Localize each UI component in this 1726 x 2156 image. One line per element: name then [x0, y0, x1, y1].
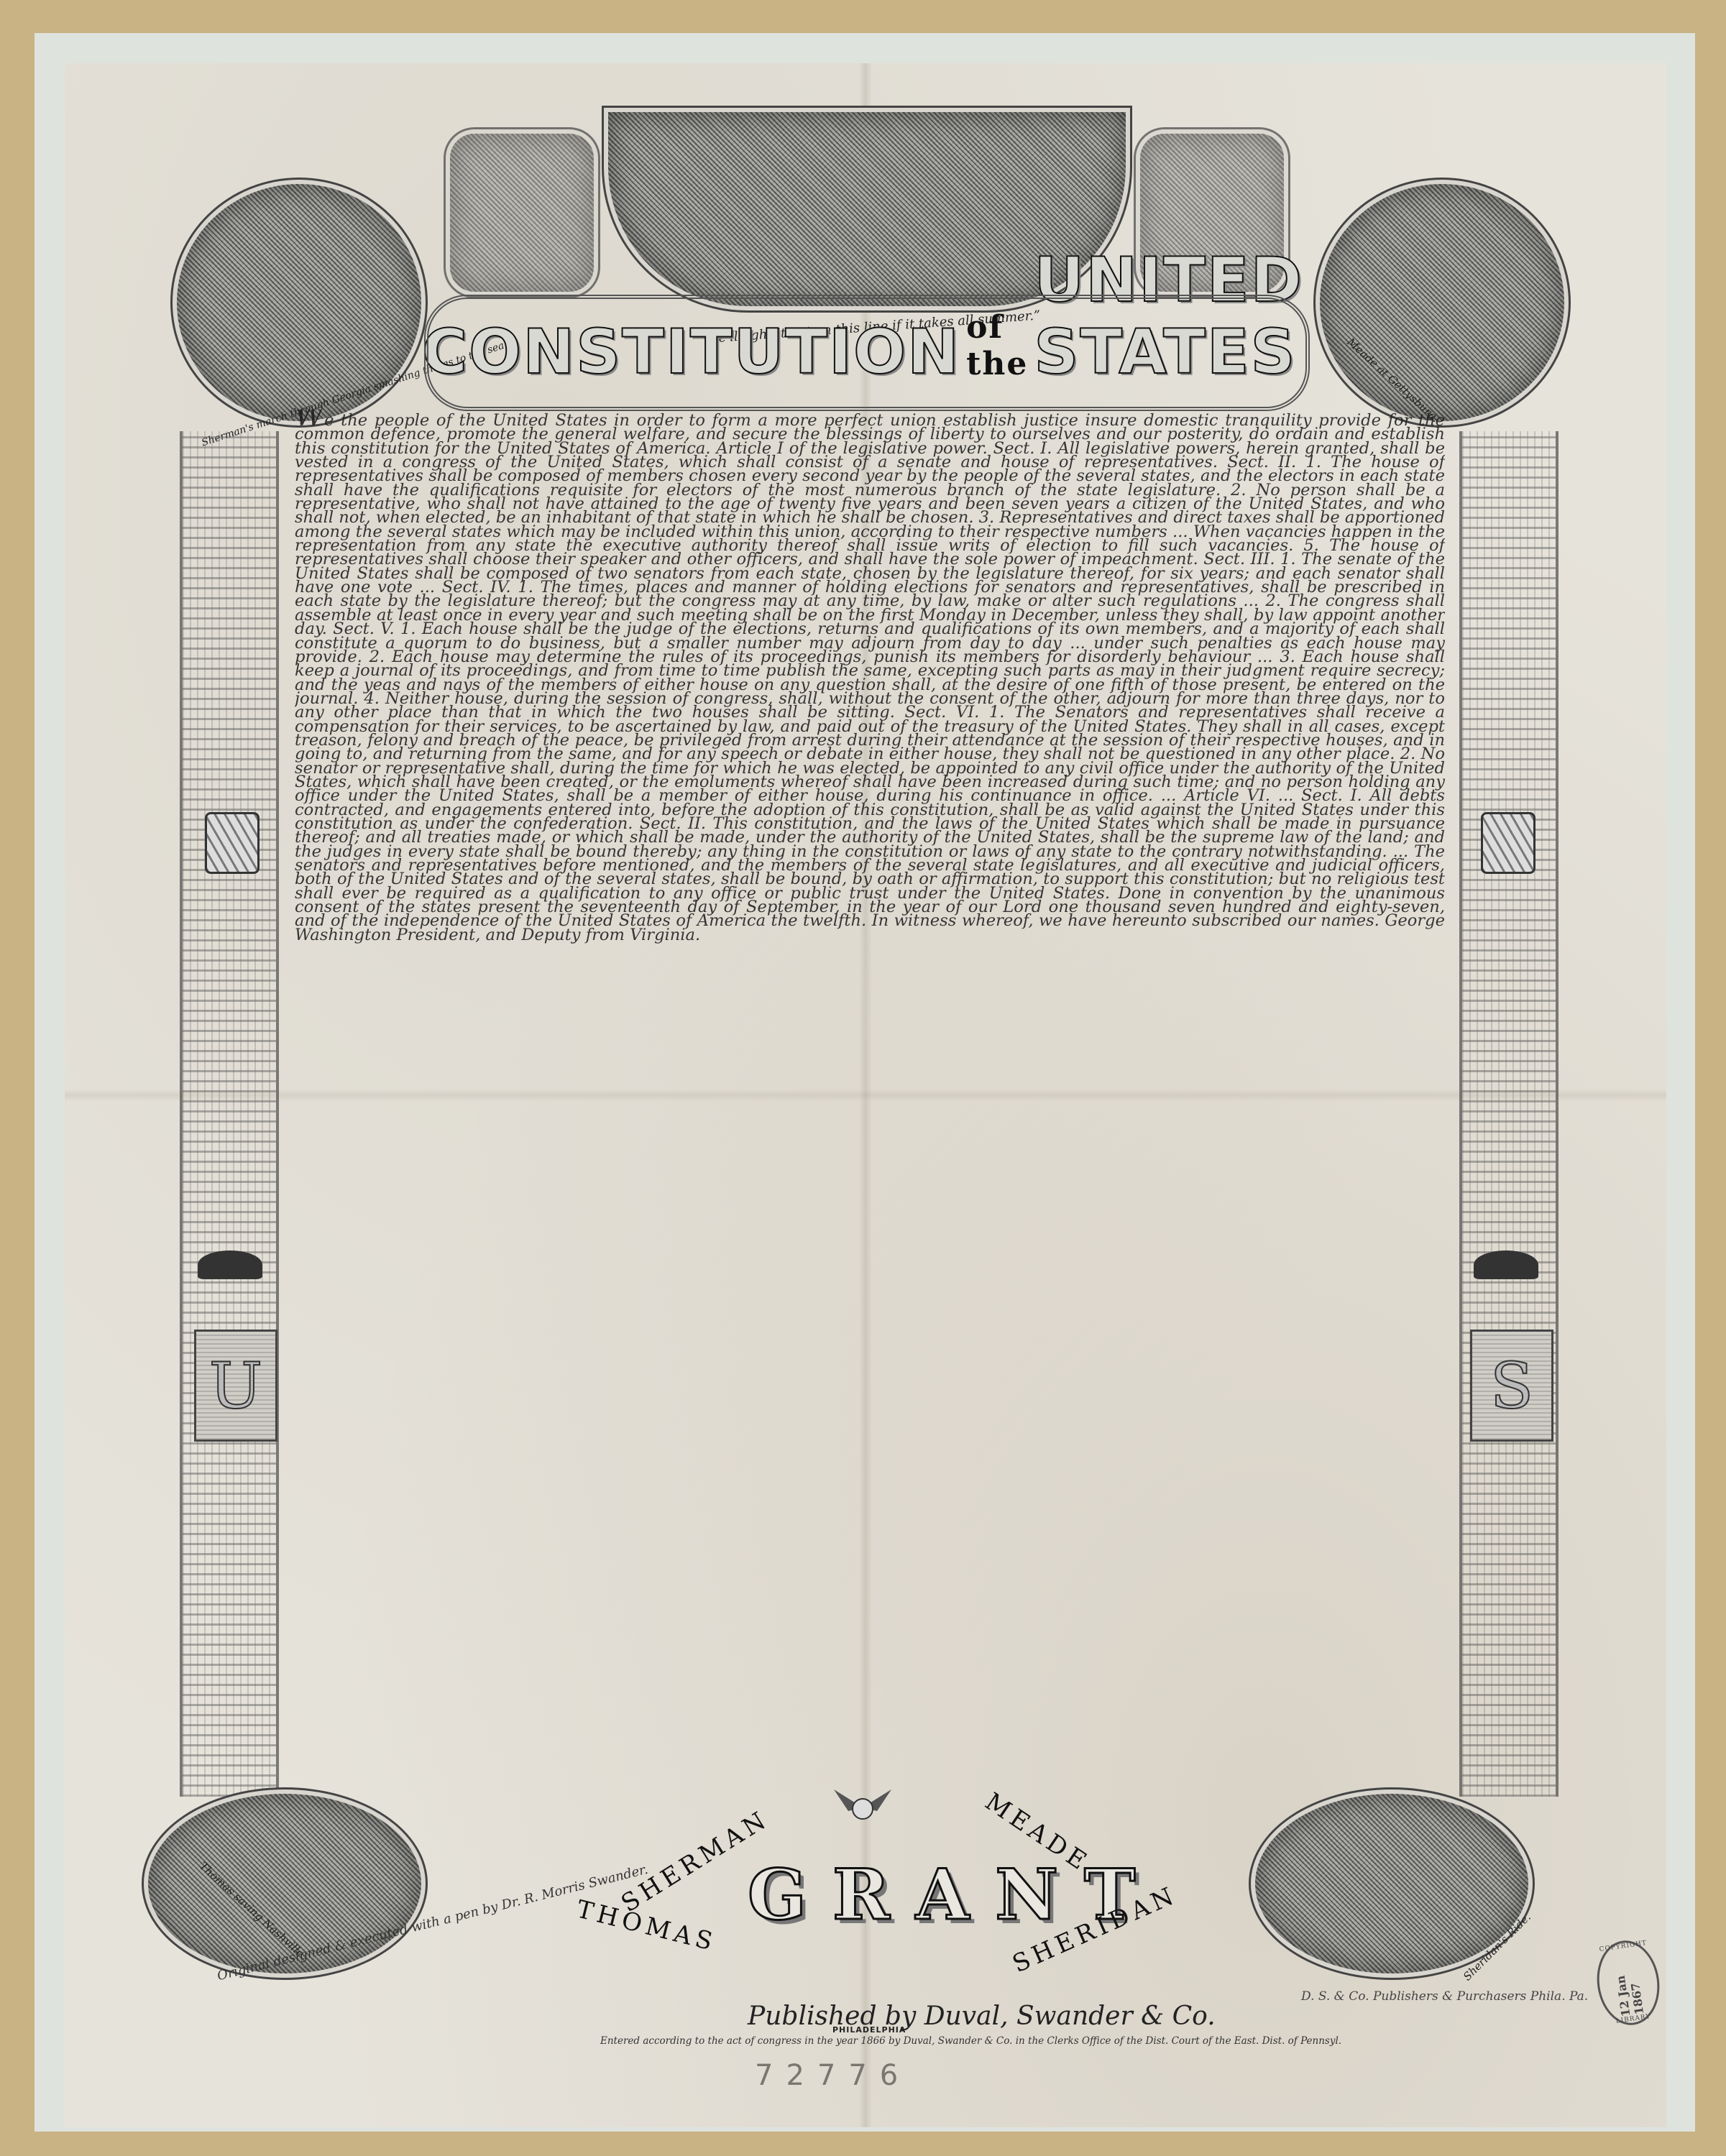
title-scroll-frame [424, 295, 1310, 411]
left-border-ornament [180, 431, 279, 1797]
body-text-content: e the people of the United States in ord… [295, 411, 1445, 944]
publisher-city: PHILADELPHIA [832, 2025, 906, 2035]
left-flags-cannon-decoration [446, 129, 598, 296]
copyright-entered-notice: Entered according to the act of congress… [600, 2035, 1341, 2047]
left-u-banner: U [194, 1330, 277, 1442]
stamp-date: 12 Jan 1867 [1610, 1948, 1646, 2017]
right-drum-icon [1481, 812, 1536, 874]
bottom-left-vignette [144, 1789, 426, 1978]
right-eagle-icon [1474, 1250, 1538, 1279]
top-right-vignette [1316, 180, 1569, 425]
right-s-banner: S [1470, 1330, 1553, 1442]
printer-credit: D. S. & Co. Publishers & Purchasers Phil… [1301, 1989, 1588, 2004]
pencil-accession-number: 72776 [755, 2059, 911, 2092]
winged-cherub-icon [827, 1786, 899, 1829]
right-border-ornament [1459, 431, 1559, 1797]
left-eagle-icon [198, 1250, 262, 1279]
publisher-line: Published by Duval, Swander & Co. [748, 2001, 1216, 2031]
left-drum-icon [205, 812, 260, 874]
constitution-body-text: We the people of the United States in or… [295, 410, 1445, 1775]
